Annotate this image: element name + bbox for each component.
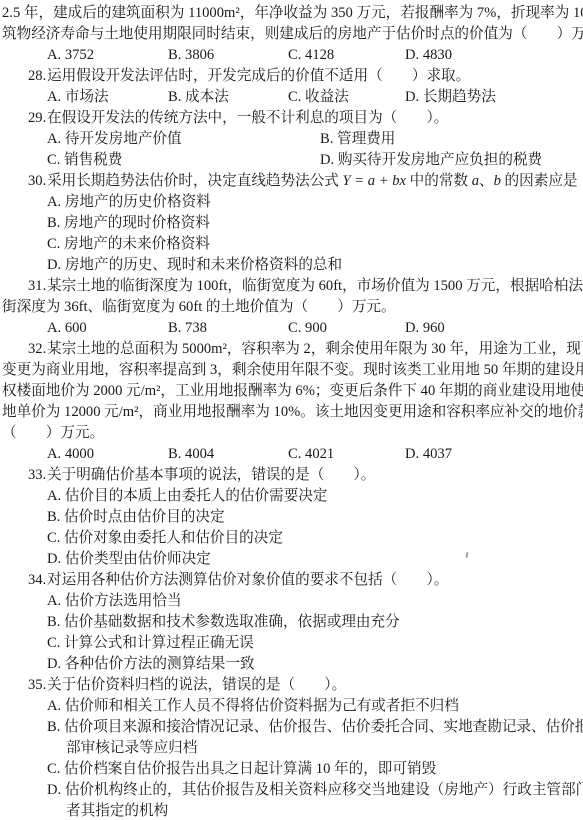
question-32-stem-line-5: （ ）万元。 <box>0 423 583 444</box>
question-32-options-row: A. 4000 B. 4004 C. 4021 D. 4037 <box>0 444 583 465</box>
question-31-text-2: 街深度为 36ft、临街宽度为 60ft 的土地价值为（ ）万元。 <box>2 299 396 315</box>
option-text: 部审核记录等应归档 <box>66 740 197 756</box>
question-31-number: 31. <box>28 276 47 297</box>
question-31-stem-line-1: 31.某宗土地的临街深度为 100ft，临街宽度为 60ft，市场价值为 150… <box>0 276 583 297</box>
option-text: A. 估价方法选用恰当 <box>47 593 182 609</box>
carryover-option-c: C. 4128 <box>288 45 405 66</box>
option-text: C. 房地产的未来价格资料 <box>47 236 210 252</box>
carryover-option-d: D. 4830 <box>405 45 583 66</box>
question-32-text-2: 变更为商业用地，容积率提高到 3，剩余使用年限不变。现时该类工业用地 50 年期… <box>2 362 583 378</box>
question-31-option-d: D. 960 <box>405 318 583 339</box>
question-34-option-c: C. 计算公式和计算过程正确无误 <box>0 633 583 654</box>
question-32-text-5: （ ）万元。 <box>2 425 104 441</box>
exam-page: 2.5 年，建成后的建筑面积为 11000m²，年净收益为 350 万元，若报酬… <box>0 0 583 820</box>
question-33-text: 关于明确估价基本事项的说法，错误的是（ ）。 <box>47 467 375 483</box>
question-35-option-d-line-2: 者其指定的机构 <box>0 801 583 820</box>
question-34-text: 对运用各种估价方法测算估价对象价值的要求不包括（ ）。 <box>47 572 448 588</box>
question-30-number: 30. <box>28 171 47 192</box>
question-33-option-c: C. 估价对象由委托人和估价目的决定 <box>0 528 583 549</box>
question-30-formula: Y = a + bx <box>343 173 406 189</box>
question-33-option-a: A. 估价目的本质上由委托人的估价需要决定 <box>0 486 583 507</box>
question-33-stem: 33.关于明确估价基本事项的说法，错误的是（ ）。 <box>0 465 583 486</box>
question-32-text-4: 地单价为 12000 元/m²，商业用地报酬率为 10%。该土地因变更用途和容积… <box>2 404 583 420</box>
question-30-text-part: 、 <box>479 173 494 189</box>
question-30-text-part: 中的常数 <box>406 173 472 189</box>
option-text: C. 估价对象由委托人和估价目的决定 <box>47 530 283 546</box>
question-34-option-a: A. 估价方法选用恰当 <box>0 591 583 612</box>
question-35-option-c: C. 估价档案自估价报告出具之日起计算满 10 年的，即可销毁 <box>0 759 583 780</box>
question-33-option-b: B. 估价时点由估价目的决定 <box>0 507 583 528</box>
question-28-text: 运用假设开发法评估时，开发完成后的价值不适用（ ）求取。 <box>47 68 470 84</box>
option-text: C. 估价档案自估价报告出具之日起计算满 10 年的，即可销毁 <box>47 761 436 777</box>
question-32-stem-line-2: 变更为商业用地，容积率提高到 3，剩余使用年限不变。现时该类工业用地 50 年期… <box>0 360 583 381</box>
question-34-stem: 34.对运用各种估价方法测算估价对象价值的要求不包括（ ）。 <box>0 570 583 591</box>
question-35-stem: 35.关于估价资料归档的说法，错误的是（ ）。 <box>0 675 583 696</box>
question-33-number: 33. <box>28 465 47 486</box>
question-29-options-row-1: A. 待开发房地产价值 B. 管理费用 <box>0 129 583 150</box>
question-29-option-c: C. 销售税费 <box>47 150 320 171</box>
question-35-option-b-line-1: B. 估价项目来源和接洽情况记录、估价报告、估价委托合同、实地查勘记录、估价报告… <box>0 717 583 738</box>
question-32-text-1: 某宗土地的总面积为 5000m²，容积率为 2，剩余使用年限为 30 年，用途为… <box>47 341 583 357</box>
question-30-option-b: B. 房地产的现时价格资料 <box>0 213 583 234</box>
question-29-text: 在假设开发法的传统方法中，一般不计利息的项目为（ ）。 <box>47 110 448 126</box>
question-32-stem-line-4: 地单价为 12000 元/m²，商业用地报酬率为 10%。该土地因变更用途和容积… <box>0 402 583 423</box>
question-30-var-b: b <box>494 173 501 189</box>
question-32-text-3: 权楼面地价为 2000 元/m²，工业用地报酬率为 6%；变更后条件下 40 年… <box>2 383 583 399</box>
option-text: 者其指定的机构 <box>66 803 168 819</box>
carryover-text-2: 筑物经济寿命与土地使用期限同时结束，则建成后的房地产于估价时点的价值为（ ）万元… <box>2 26 583 42</box>
option-text: D. 房地产的历史、现时和未来价格资料的总和 <box>47 257 342 273</box>
option-text: B. 估价时点由估价目的决定 <box>47 509 225 525</box>
question-31-option-b: B. 738 <box>168 318 288 339</box>
question-29-options-row-2: C. 销售税费 D. 购买待开发房地产应负担的税费 <box>0 150 583 171</box>
question-32-option-b: B. 4004 <box>168 444 288 465</box>
carryover-text-1: 2.5 年，建成后的建筑面积为 11000m²，年净收益为 350 万元，若报酬… <box>2 5 583 21</box>
carryover-options-row: A. 3752 B. 3806 C. 4128 D. 4830 <box>0 45 583 66</box>
option-text: B. 估价基础数据和技术参数选取准确，依据或理由充分 <box>47 614 400 630</box>
question-35-text: 关于估价资料归档的说法，错误的是（ ）。 <box>47 677 346 693</box>
question-28-number: 28. <box>28 66 47 87</box>
question-30-option-a: A. 房地产的历史价格资料 <box>0 192 583 213</box>
option-text: A. 估价师和相关工作人员不得将估价资料据为己有或者拒不归档 <box>47 698 459 714</box>
question-28-options-row: A. 市场法 B. 成本法 C. 收益法 D. 长期趋势法 <box>0 87 583 108</box>
question-31-stem-line-2: 街深度为 36ft、临街宽度为 60ft 的土地价值为（ ）万元。 <box>0 297 583 318</box>
carryover-question-line-2: 筑物经济寿命与土地使用期限同时结束，则建成后的房地产于估价时点的价值为（ ）万元… <box>0 24 583 45</box>
question-31-options-row: A. 600 B. 738 C. 900 D. 960 <box>0 318 583 339</box>
question-32-option-d: D. 4037 <box>405 444 583 465</box>
question-30-text-part: 采用长期趋势法估价时，决定直线趋势法公式 <box>47 173 343 189</box>
question-32-stem-line-1: 32.某宗土地的总面积为 5000m²，容积率为 2，剩余使用年限为 30 年，… <box>0 339 583 360</box>
carryover-option-a: A. 3752 <box>47 45 168 66</box>
question-34-option-d: D. 各种估价方法的测算结果一致 <box>0 654 583 675</box>
question-35-option-b-line-2: 部审核记录等应归档 <box>0 738 583 759</box>
question-34-option-b: B. 估价基础数据和技术参数选取准确，依据或理由充分 <box>0 612 583 633</box>
question-30-stem: 30.采用长期趋势法估价时，决定直线趋势法公式 Y = a + bx 中的常数 … <box>0 171 583 192</box>
question-28-option-c: C. 收益法 <box>288 87 405 108</box>
question-31-text-1: 某宗土地的临街深度为 100ft，临街宽度为 60ft，市场价值为 1500 万… <box>47 278 583 294</box>
question-35-number: 35. <box>28 675 47 696</box>
carryover-option-b: B. 3806 <box>168 45 288 66</box>
carryover-question-line-1: 2.5 年，建成后的建筑面积为 11000m²，年净收益为 350 万元，若报酬… <box>0 3 583 24</box>
question-29-option-b: B. 管理费用 <box>320 129 583 150</box>
question-30-var-a: a <box>472 173 479 189</box>
option-text: B. 估价项目来源和接洽情况记录、估价报告、估价委托合同、实地查勘记录、估价报告… <box>47 719 583 735</box>
question-30-option-c: C. 房地产的未来价格资料 <box>0 234 583 255</box>
question-30-text-part: 的因素应是（ ）。 <box>501 173 583 189</box>
option-text: D. 各种估价方法的测算结果一致 <box>47 656 255 672</box>
option-text: A. 估价目的本质上由委托人的估价需要决定 <box>47 488 328 504</box>
question-28-option-d: D. 长期趋势法 <box>405 87 583 108</box>
question-30-option-d: D. 房地产的历史、现时和未来价格资料的总和 <box>0 255 583 276</box>
question-34-number: 34. <box>28 570 47 591</box>
question-29-stem: 29.在假设开发法的传统方法中，一般不计利息的项目为（ ）。 <box>0 108 583 129</box>
question-28-option-b: B. 成本法 <box>168 87 288 108</box>
question-29-number: 29. <box>28 108 47 129</box>
question-31-option-a: A. 600 <box>47 318 168 339</box>
question-31-option-c: C. 900 <box>288 318 405 339</box>
question-28-stem: 28.运用假设开发法评估时，开发完成后的价值不适用（ ）求取。 <box>0 66 583 87</box>
option-text: D. 估价机构终止的，其估价报告及相关资料应移交当地建设（房地产）行政主管部门或 <box>47 782 583 798</box>
question-29-option-a: A. 待开发房地产价值 <box>47 129 320 150</box>
question-35-option-d-line-1: D. 估价机构终止的，其估价报告及相关资料应移交当地建设（房地产）行政主管部门或 <box>0 780 583 801</box>
option-text: D. 估价类型由估价师决定 <box>47 551 211 567</box>
question-28-option-a: A. 市场法 <box>47 87 168 108</box>
option-text: C. 计算公式和计算过程正确无误 <box>47 635 254 651</box>
option-text: A. 房地产的历史价格资料 <box>47 194 211 210</box>
question-29-option-d: D. 购买待开发房地产应负担的税费 <box>320 150 583 171</box>
question-33-option-d: D. 估价类型由估价师决定 <box>0 549 583 570</box>
question-32-option-c: C. 4021 <box>288 444 405 465</box>
question-32-stem-line-3: 权楼面地价为 2000 元/m²，工业用地报酬率为 6%；变更后条件下 40 年… <box>0 381 583 402</box>
option-text: B. 房地产的现时价格资料 <box>47 215 210 231</box>
question-32-option-a: A. 4000 <box>47 444 168 465</box>
question-32-number: 32. <box>28 339 47 360</box>
question-35-option-a: A. 估价师和相关工作人员不得将估价资料据为己有或者拒不归档 <box>0 696 583 717</box>
